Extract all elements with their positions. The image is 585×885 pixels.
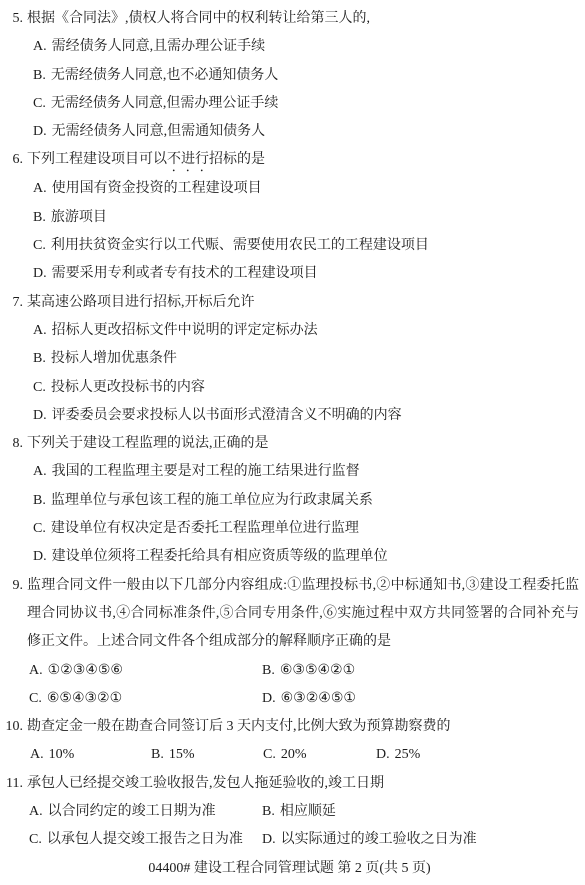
question-text: 某高速公路项目进行招标,开标后允许: [27, 289, 579, 317]
question-10-option-c: C.20%: [263, 741, 376, 769]
option-label: A.: [33, 181, 47, 196]
question-number: 11.: [0, 770, 27, 798]
question-number: 10.: [0, 713, 27, 741]
option-label: B.: [262, 663, 275, 678]
option-label: C.: [33, 521, 46, 536]
option-text: 评委委员会要求投标人以书面形式澄清含义不明确的内容: [52, 408, 402, 423]
option-label: C.: [29, 832, 42, 847]
option-text: 需经债务人同意,且需办理公证手续: [52, 39, 266, 54]
option-text: 15%: [169, 747, 195, 762]
option-text: 监理单位与承包该工程的施工单位应为行政隶属关系: [51, 493, 373, 508]
option-label: D.: [262, 691, 276, 706]
question-10-option-a: A.10%: [30, 741, 151, 769]
question-text: 承包人已经提交竣工验收报告,发包人拖延验收的,竣工日期: [27, 770, 579, 798]
question-5-option-c: C.无需经债务人同意,但需办理公证手续: [0, 90, 579, 118]
question-text: 下列关于建设工程监理的说法,正确的是: [27, 430, 579, 458]
option-label: C.: [33, 380, 46, 395]
question-11-option-row-2: C.以承包人提交竣工报告之日为准 D.以实际通过的竣工验收之日为准: [0, 826, 579, 854]
question-9-option-a: A.①②③④⑤⑥: [29, 657, 262, 685]
option-label: A.: [33, 323, 47, 338]
question-text: 根据《合同法》,债权人将合同中的权利转让给第三人的,: [27, 5, 579, 33]
option-text: 建设单位须将工程委托给具有相应资质等级的监理单位: [52, 549, 388, 564]
option-label: A.: [33, 39, 47, 54]
option-text: 投标人增加优惠条件: [51, 351, 177, 366]
question-7-option-c: C.投标人更改投标书的内容: [0, 374, 579, 402]
question-text: 下列工程建设项目可以不进行招标的是: [27, 146, 579, 175]
option-label: B.: [33, 493, 46, 508]
question-11: 11. 承包人已经提交竣工验收报告,发包人拖延验收的,竣工日期 A.以合同约定的…: [0, 770, 579, 855]
question-number: 8.: [0, 430, 27, 458]
option-text: ⑥⑤④③②①: [47, 691, 122, 706]
option-text: 建设单位有权决定是否委托工程监理单位进行监理: [51, 521, 359, 536]
option-text: 招标人更改招标文件中说明的评定定标办法: [52, 323, 318, 338]
question-8-option-b: B.监理单位与承包该工程的施工单位应为行政隶属关系: [0, 487, 579, 515]
question-7-option-d: D.评委委员会要求投标人以书面形式澄清含义不明确的内容: [0, 402, 579, 430]
question-9-option-row-1: A.①②③④⑤⑥ B.⑥③⑤④②①: [0, 657, 579, 685]
question-text: 监理合同文件一般由以下几部分内容组成:①监理投标书,②中标通知书,③建设工程委托…: [27, 572, 579, 657]
question-8-option-c: C.建设单位有权决定是否委托工程监理单位进行监理: [0, 515, 579, 543]
option-label: B.: [33, 68, 46, 83]
question-6: 6. 下列工程建设项目可以不进行招标的是 A.使用国有资金投资的工程建设项目 B…: [0, 146, 579, 288]
option-text: 无需经债务人同意,但需通知债务人: [52, 124, 266, 139]
question-9-option-b: B.⑥③⑤④②①: [262, 657, 579, 685]
question-number: 6.: [0, 146, 27, 175]
question-9: 9. 监理合同文件一般由以下几部分内容组成:①监理投标书,②中标通知书,③建设工…: [0, 572, 579, 713]
option-label: C.: [263, 747, 276, 762]
option-label: A.: [29, 663, 43, 678]
question-number: 5.: [0, 5, 27, 33]
question-11-option-a: A.以合同约定的竣工日期为准: [29, 798, 262, 826]
stem-pre: 下列工程建设项目可以: [27, 152, 167, 167]
option-text: ⑥③②④⑤①: [281, 691, 356, 706]
question-8: 8. 下列关于建设工程监理的说法,正确的是 A.我国的工程监理主要是对工程的施工…: [0, 430, 579, 571]
question-number: 7.: [0, 289, 27, 317]
option-label: C.: [29, 691, 42, 706]
question-number: 9.: [0, 572, 27, 657]
question-5-option-a: A.需经债务人同意,且需办理公证手续: [0, 33, 579, 61]
question-11-option-d: D.以实际通过的竣工验收之日为准: [262, 826, 579, 854]
question-6-option-c: C.利用扶贫资金实行以工代赈、需要使用农民工的工程建设项目: [0, 232, 579, 260]
question-11-option-row-1: A.以合同约定的竣工日期为准 B.相应顺延: [0, 798, 579, 826]
question-text: 勘查定金一般在勘查合同签订后 3 天内支付,比例大致为预算勘察费的: [27, 713, 579, 741]
option-label: A.: [30, 747, 44, 762]
question-8-option-a: A.我国的工程监理主要是对工程的施工结果进行监督: [0, 458, 579, 486]
option-text: ⑥③⑤④②①: [280, 663, 355, 678]
option-label: B.: [262, 804, 275, 819]
question-7: 7. 某高速公路项目进行招标,开标后允许 A.招标人更改招标文件中说明的评定定标…: [0, 289, 579, 430]
question-7-option-b: B.投标人增加优惠条件: [0, 345, 579, 373]
option-text: 25%: [395, 747, 421, 762]
question-10-option-b: B.15%: [151, 741, 263, 769]
question-6-option-a: A.使用国有资金投资的工程建设项目: [0, 175, 579, 203]
option-text: 以承包人提交竣工报告之日为准: [47, 832, 243, 847]
option-label: C.: [33, 96, 46, 111]
option-label: D.: [33, 408, 47, 423]
option-text: 使用国有资金投资的工程建设项目: [52, 181, 262, 196]
option-label: C.: [33, 238, 46, 253]
question-10-option-row: A.10% B.15% C.20% D.25%: [0, 741, 579, 769]
exam-page: 5. 根据《合同法》,债权人将合同中的权利转让给第三人的, A.需经债务人同意,…: [0, 0, 585, 885]
question-7-option-a: A.招标人更改招标文件中说明的评定定标办法: [0, 317, 579, 345]
option-text: 需要采用专利或者专有技术的工程建设项目: [52, 266, 318, 281]
option-label: B.: [33, 210, 46, 225]
question-6-stem: 6. 下列工程建设项目可以不进行招标的是: [0, 146, 579, 175]
question-9-option-c: C.⑥⑤④③②①: [29, 685, 262, 713]
option-text: 相应顺延: [280, 804, 336, 819]
question-10-option-d: D.25%: [376, 741, 579, 769]
option-text: 20%: [281, 747, 307, 762]
question-8-option-d: D.建设单位须将工程委托给具有相应资质等级的监理单位: [0, 543, 579, 571]
question-9-option-d: D.⑥③②④⑤①: [262, 685, 579, 713]
option-text: 旅游项目: [51, 210, 107, 225]
question-5-option-d: D.无需经债务人同意,但需通知债务人: [0, 118, 579, 146]
question-5-option-b: B.无需经债务人同意,也不必通知债务人: [0, 62, 579, 90]
option-text: 无需经债务人同意,但需办理公证手续: [51, 96, 279, 111]
option-text: 利用扶贫资金实行以工代赈、需要使用农民工的工程建设项目: [51, 238, 429, 253]
option-label: A.: [29, 804, 43, 819]
question-11-stem: 11. 承包人已经提交竣工验收报告,发包人拖延验收的,竣工日期: [0, 770, 579, 798]
question-5: 5. 根据《合同法》,债权人将合同中的权利转让给第三人的, A.需经债务人同意,…: [0, 5, 579, 146]
stem-post: 招标的是: [209, 152, 265, 167]
question-6-option-d: D.需要采用专利或者专有技术的工程建设项目: [0, 260, 579, 288]
option-label: D.: [33, 124, 47, 139]
option-text: 以实际通过的竣工验收之日为准: [281, 832, 477, 847]
question-9-option-row-2: C.⑥⑤④③②① D.⑥③②④⑤①: [0, 685, 579, 713]
question-10: 10. 勘查定金一般在勘查合同签订后 3 天内支付,比例大致为预算勘察费的 A.…: [0, 713, 579, 770]
option-text: 无需经债务人同意,也不必通知债务人: [51, 68, 279, 83]
option-text: 我国的工程监理主要是对工程的施工结果进行监督: [52, 464, 360, 479]
option-label: D.: [33, 549, 47, 564]
question-5-stem: 5. 根据《合同法》,债权人将合同中的权利转让给第三人的,: [0, 5, 579, 33]
question-7-stem: 7. 某高速公路项目进行招标,开标后允许: [0, 289, 579, 317]
option-label: D.: [33, 266, 47, 281]
question-11-option-c: C.以承包人提交竣工报告之日为准: [29, 826, 262, 854]
option-label: B.: [151, 747, 164, 762]
question-11-option-b: B.相应顺延: [262, 798, 579, 826]
option-label: D.: [376, 747, 390, 762]
option-text: 投标人更改投标书的内容: [51, 380, 205, 395]
question-8-stem: 8. 下列关于建设工程监理的说法,正确的是: [0, 430, 579, 458]
option-text: 以合同约定的竣工日期为准: [48, 804, 216, 819]
page-footer: 04400# 建设工程合同管理试题 第 2 页(共 5 页): [0, 855, 579, 883]
option-text: ①②③④⑤⑥: [48, 663, 123, 678]
question-6-option-b: B.旅游项目: [0, 204, 579, 232]
option-label: A.: [33, 464, 47, 479]
question-9-stem: 9. 监理合同文件一般由以下几部分内容组成:①监理投标书,②中标通知书,③建设工…: [0, 572, 579, 657]
question-10-stem: 10. 勘查定金一般在勘查合同签订后 3 天内支付,比例大致为预算勘察费的: [0, 713, 579, 741]
option-text: 10%: [49, 747, 75, 762]
option-label: B.: [33, 351, 46, 366]
stem-emphasized: 不进行: [167, 152, 209, 167]
option-label: D.: [262, 832, 276, 847]
